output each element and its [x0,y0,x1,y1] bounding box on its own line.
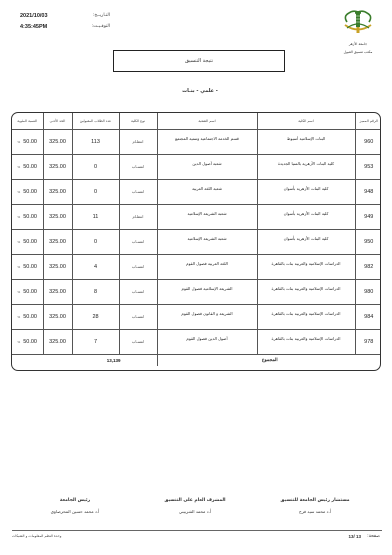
table-row: %50.00 325.00 4 انتسـاب اللغة العربية فص… [12,254,381,279]
date-value: 2021/10/03 [20,13,48,19]
cell-students: 7 [72,329,119,354]
al-azhar-emblem-icon [341,8,375,38]
footer-unit-name: وحدة النظم المعلومات و الشبكات [12,534,61,538]
percent-value: 50.00 [23,189,37,195]
signature-name: أ.د محمد سيد فرج [260,509,370,514]
cell-college: كلية البنات الأزهرية بأسوان [257,204,355,229]
total-value: 13,139 [12,354,157,366]
report-title: نتيجة التنسيق [185,58,213,64]
percent-value: 50.00 [23,239,37,245]
cell-percent: %50.00 [12,329,43,354]
report-title-box: نتيجة التنسيق [113,50,285,72]
cell-division: اللغة العربية فصول القوم [157,254,257,279]
report-meta: 2021/10/03 التـاريــخ: 4:35:45PM التوقـي… [20,10,110,32]
cell-students: 11 [72,204,119,229]
cell-percent: %50.00 [12,154,43,179]
cell-division: شعبة الشريعة الإسلامية [157,204,257,229]
cell-college: الدراسات الإسلامية والعربية بنات بالقاهر… [257,304,355,329]
cell-college-type: انتسـاب [119,304,157,329]
cell-division: شعبة الشريعة الإسلامية [157,229,257,254]
time-label: التوقـيـت: [92,24,110,29]
signature-name: أ.د محمد الشربيني [140,509,250,514]
time-row: 4:35:45PM التوقـيـت: [20,21,110,32]
office-name: مكتب تنسيق القبول [335,50,381,54]
percent-symbol: % [18,140,21,144]
table-row: %50.00 325.00 28 انتسـاب الشريعة و القان… [12,304,381,329]
percent-symbol: % [18,240,21,244]
signature-university-president: رئيس الجامعة أ.د محمد حسين المحرصاوي [20,498,130,514]
percent-value: 50.00 [23,339,37,345]
percent-value: 50.00 [23,314,37,320]
total-label: المجموع [157,354,381,366]
header-division: اسم الشعبة [157,113,257,129]
header-min-score: الحد الأدنى [43,113,72,129]
cell-code: 978 [355,329,381,354]
cell-min-score: 325.00 [43,304,72,329]
cell-college: كلية البنات الأزهرية بأسوان [257,179,355,204]
cell-college-type: انتظـام [119,129,157,154]
cell-students: 0 [72,154,119,179]
cell-code: 949 [355,204,381,229]
cell-students: 28 [72,304,119,329]
percent-value: 50.00 [23,264,37,270]
header-college-type: نوع الكلية [119,113,157,129]
signature-name: أ.د محمد حسين المحرصاوي [20,509,130,514]
cell-college: الدراسات الإسلامية والعربية بنات بالقاهر… [257,279,355,304]
percent-symbol: % [18,190,21,194]
table-total-row: 13,139 المجموع [12,354,381,366]
cell-division: شعبة أصول الدين [157,154,257,179]
cell-students: 0 [72,179,119,204]
cell-min-score: 325.00 [43,254,72,279]
signature-title: رئيس الجامعة [20,498,130,503]
cell-college: البنات الإسلامية أسيوط [257,129,355,154]
percent-symbol: % [18,290,21,294]
header-code: الرقم المميز [355,113,381,129]
cell-percent: %50.00 [12,229,43,254]
cell-min-score: 325.00 [43,229,72,254]
percent-value: 50.00 [23,139,37,145]
cell-students: 113 [72,129,119,154]
page-label: صفحة: [367,534,380,539]
footer-divider [12,530,382,531]
cell-division: الشريعة الإسلامية فصول القوم [157,279,257,304]
signature-title: مستشار رئيس الجامعة للتنسيق [260,498,370,503]
cell-college-type: انتسـاب [119,229,157,254]
cell-percent: %50.00 [12,304,43,329]
percent-symbol: % [18,215,21,219]
percent-value: 50.00 [23,214,37,220]
percent-value: 50.00 [23,164,37,170]
table-row: %50.00 325.00 113 انتظـام قسم الخدمة الا… [12,129,381,154]
date-label: التـاريــخ: [93,13,110,18]
cell-code: 960 [355,129,381,154]
cell-college-type: انتسـاب [119,279,157,304]
header-percent: النسبة المئوية [12,113,43,129]
time-value: 4:35:45PM [20,24,47,30]
percent-symbol: % [18,340,21,344]
cell-college-type: انتظـام [119,204,157,229]
cell-college-type: انتسـاب [119,329,157,354]
header-logo-block: جامعة الأزهر مكتب تنسيق القبول [335,8,381,54]
table-header-row: النسبة المئوية الحد الأدنى عدد الطلاب ال… [12,113,381,129]
cell-code: 950 [355,229,381,254]
cell-college-type: انتسـاب [119,154,157,179]
cell-percent: %50.00 [12,204,43,229]
cell-min-score: 325.00 [43,204,72,229]
percent-value: 50.00 [23,289,37,295]
cell-college: كلية البنات الأزهرية بأسوان [257,229,355,254]
table-row: %50.00 325.00 7 انتسـاب أصول الدين فصول … [12,329,381,354]
header-students: عدد الطلاب المقبولين [72,113,119,129]
cell-college: الدراسات الإسلامية والعربية بنات بالقاهر… [257,254,355,279]
cell-percent: %50.00 [12,179,43,204]
cell-college: كلية البنات الأزهرية بالمنيا الجديدة [257,154,355,179]
cell-division: شعبة اللغة العربية [157,179,257,204]
cell-students: 4 [72,254,119,279]
signature-general-supervisor: المشرف العام على التنسيق أ.د محمد الشربي… [140,498,250,514]
cell-min-score: 325.00 [43,179,72,204]
cell-division: قسم الخدمة الاجتماعية وتنمية المجتمع [157,129,257,154]
cell-division: الشريعة و القانون فصول القوم [157,304,257,329]
cell-percent: %50.00 [12,254,43,279]
signature-title: المشرف العام على التنسيق [140,498,250,503]
page-number: صفحة: 13/ 13 [300,534,380,539]
report-subtitle: - علمي - بنـات [150,88,250,94]
table-row: %50.00 325.00 0 انتسـاب شعبة اللغة العرب… [12,179,381,204]
page-value: 13/ 13 [349,534,362,539]
cell-college: الدراسات الإسلامية والعربية بنات بالقاهر… [257,329,355,354]
signature-coordination-advisor: مستشار رئيس الجامعة للتنسيق أ.د محمد سيد… [260,498,370,514]
date-row: 2021/10/03 التـاريــخ: [20,10,110,21]
percent-symbol: % [18,315,21,319]
signatures-block: مستشار رئيس الجامعة للتنسيق أ.د محمد سيد… [20,498,370,514]
percent-symbol: % [18,165,21,169]
table-row: %50.00 325.00 8 انتسـاب الشريعة الإسلامي… [12,279,381,304]
cell-min-score: 325.00 [43,279,72,304]
cell-code: 953 [355,154,381,179]
cell-division: أصول الدين فصول القوم [157,329,257,354]
cell-min-score: 325.00 [43,329,72,354]
cell-min-score: 325.00 [43,129,72,154]
cell-code: 982 [355,254,381,279]
table-row: %50.00 325.00 11 انتظـام شعبة الشريعة ال… [12,204,381,229]
cell-code: 980 [355,279,381,304]
cell-percent: %50.00 [12,279,43,304]
table-row: %50.00 325.00 0 انتسـاب شعبة أصول الدين … [12,154,381,179]
percent-symbol: % [18,265,21,269]
results-table: النسبة المئوية الحد الأدنى عدد الطلاب ال… [11,112,381,371]
cell-students: 8 [72,279,119,304]
cell-college-type: انتسـاب [119,179,157,204]
cell-percent: %50.00 [12,129,43,154]
cell-college-type: انتسـاب [119,254,157,279]
cell-code: 984 [355,304,381,329]
header-college: اسم الكلية [257,113,355,129]
table-row: %50.00 325.00 0 انتسـاب شعبة الشريعة الإ… [12,229,381,254]
cell-min-score: 325.00 [43,154,72,179]
university-name: جامعة الأزهر [335,42,381,46]
cell-code: 948 [355,179,381,204]
cell-students: 0 [72,229,119,254]
